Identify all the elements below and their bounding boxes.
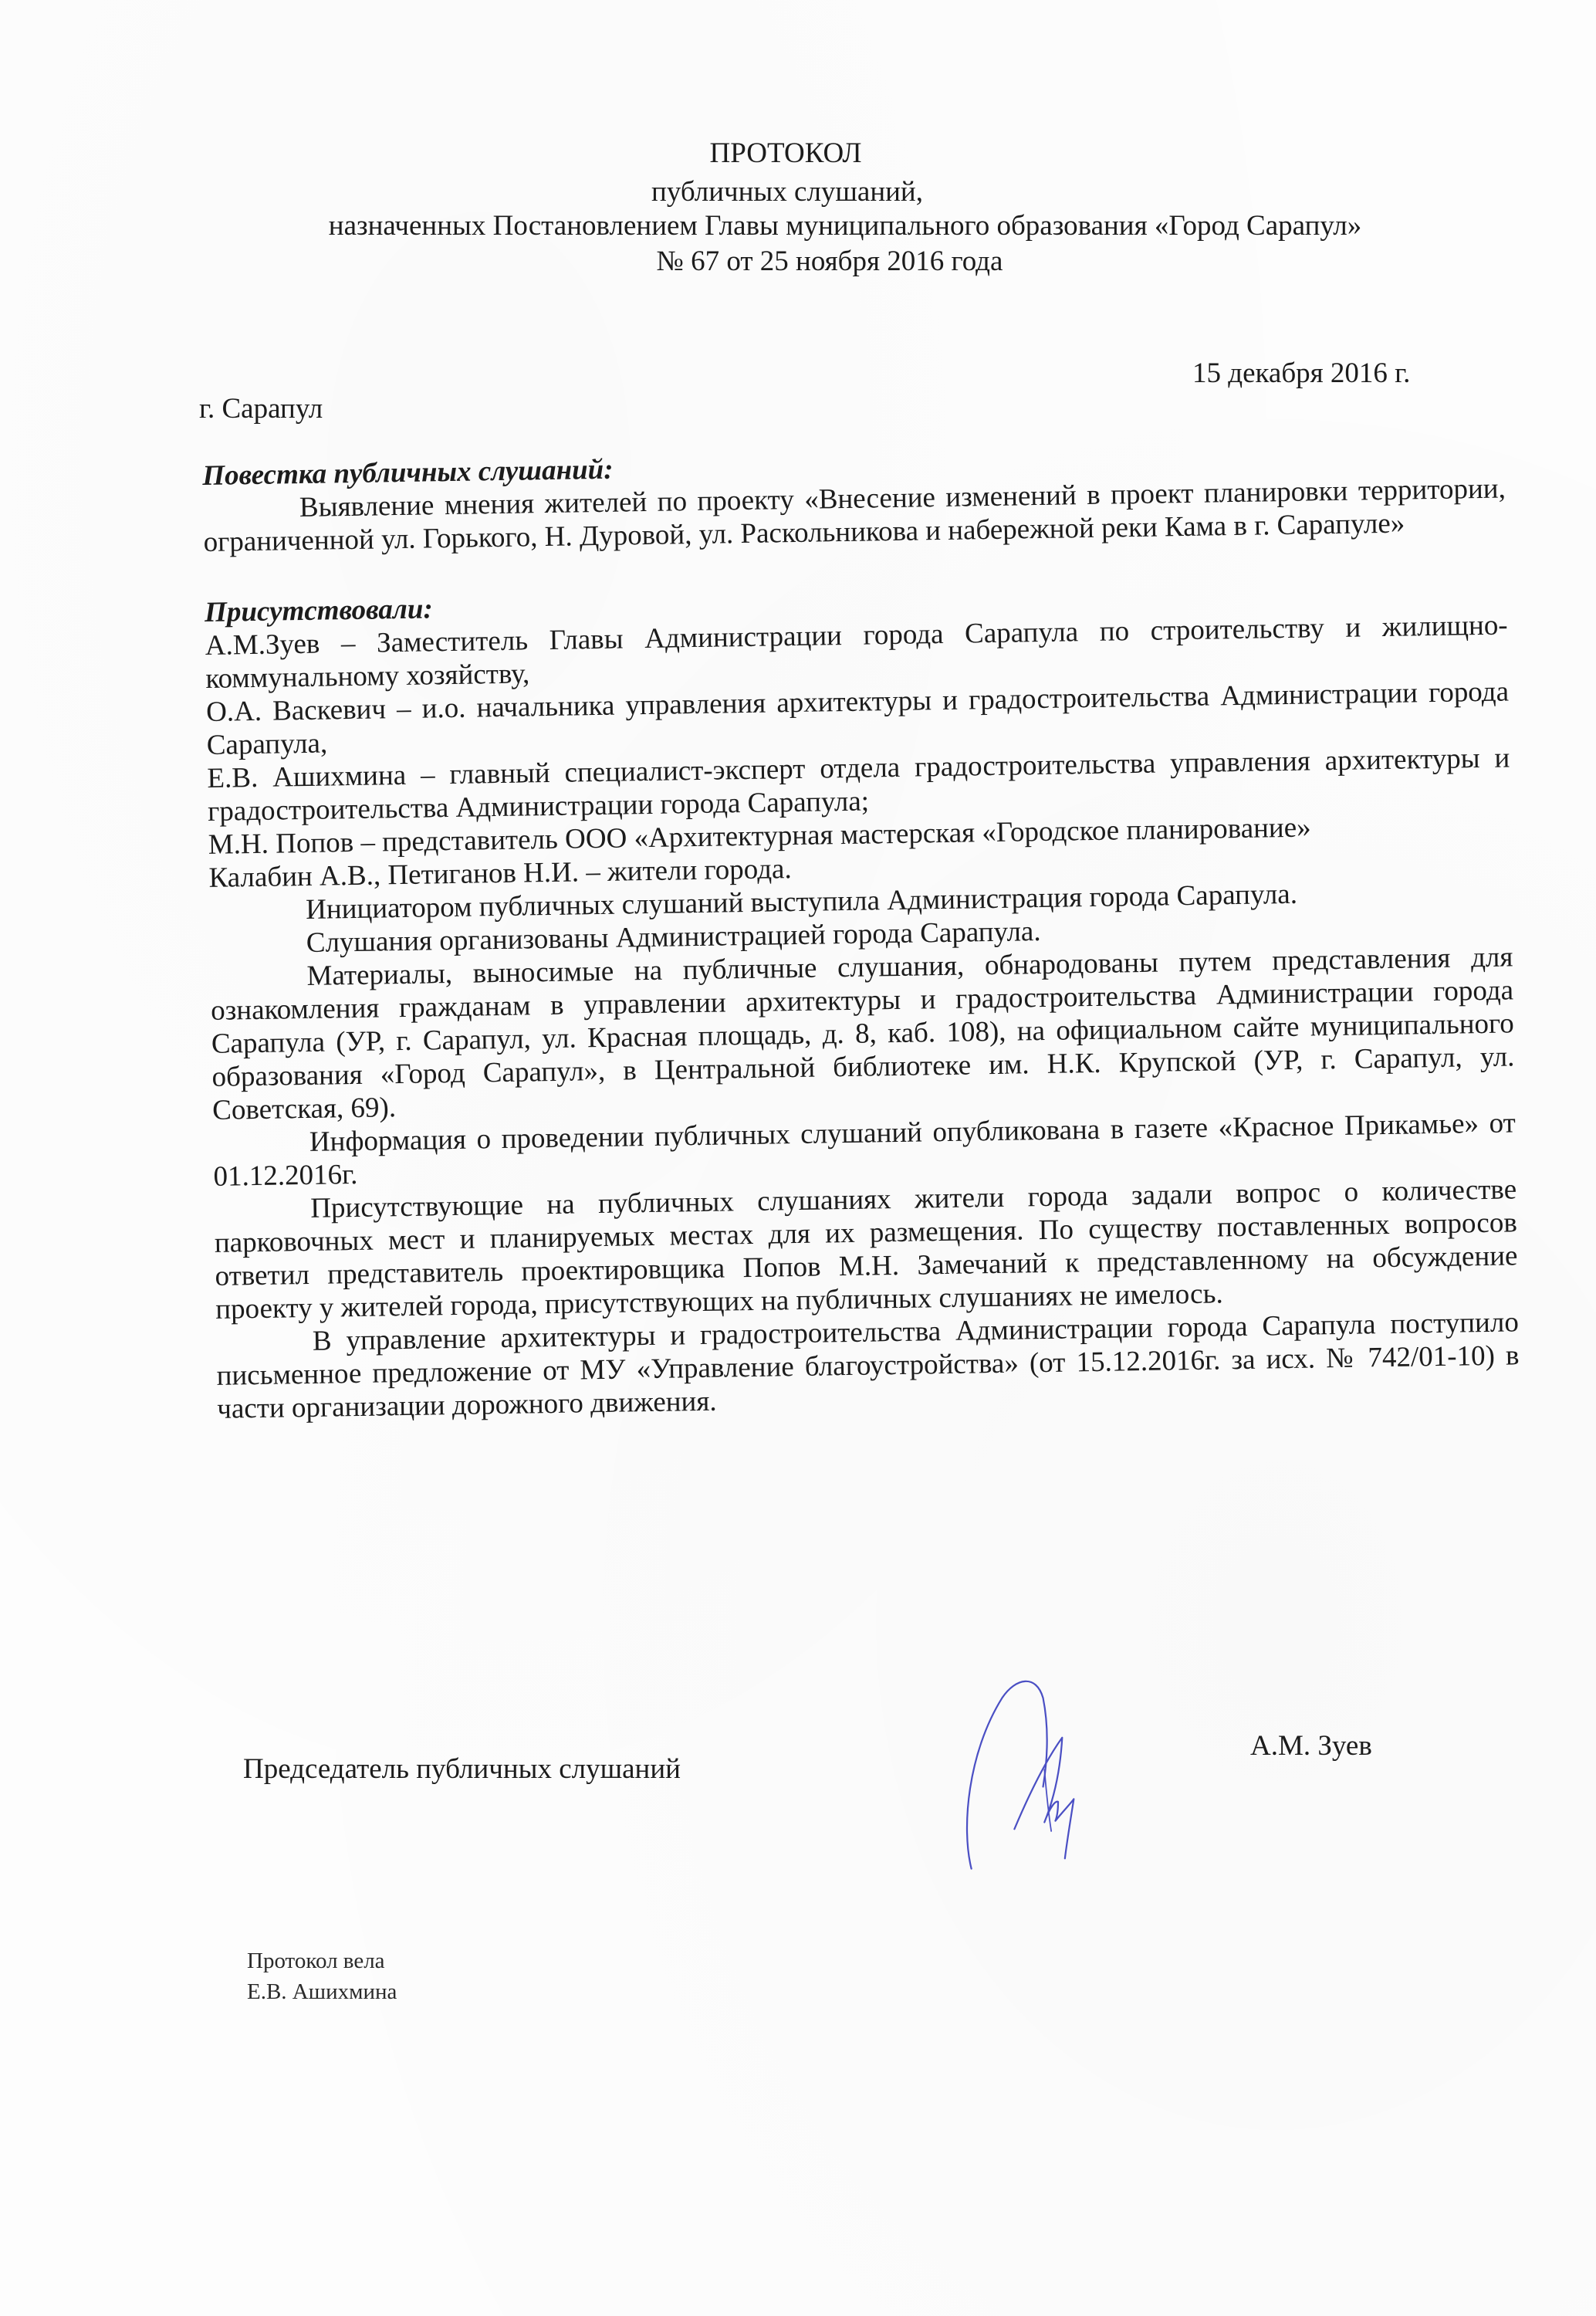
document-subtitle-number: № 67 от 25 ноября 2016 года <box>657 245 1003 278</box>
document-date: 15 декабря 2016 г. <box>1192 357 1410 390</box>
handwritten-signature-icon <box>934 1660 1111 1907</box>
secretary-name: Е.В. Ашихмина <box>247 1976 397 2007</box>
document-body: Повестка публичных слушаний: Выявление м… <box>202 438 1520 1425</box>
document-subtitle-decree: назначенных Постановлением Главы муницип… <box>329 210 1361 242</box>
paragraph-questions: Присутствующие на публичных слушаниях жи… <box>214 1173 1518 1326</box>
document-subtitle: публичных слушаний, <box>651 176 923 208</box>
chairman-role: Председатель публичных слушаний <box>243 1752 681 1786</box>
document-city: г. Сарапул <box>199 392 323 425</box>
secretary-block: Протокол вела Е.В. Ашихмина <box>247 1945 397 2007</box>
chairman-name: А.М. Зуев <box>1250 1729 1372 1762</box>
document-page: ПРОТОКОЛ публичных слушаний, назначенных… <box>0 0 1596 2316</box>
document-title: ПРОТОКОЛ <box>709 137 861 170</box>
paragraph-proposal: В управление архитектуры и градостроител… <box>216 1305 1520 1425</box>
secretary-label: Протокол вела <box>247 1945 397 1976</box>
paragraph-materials: Материалы, выносимые на публичные слушан… <box>210 940 1515 1126</box>
